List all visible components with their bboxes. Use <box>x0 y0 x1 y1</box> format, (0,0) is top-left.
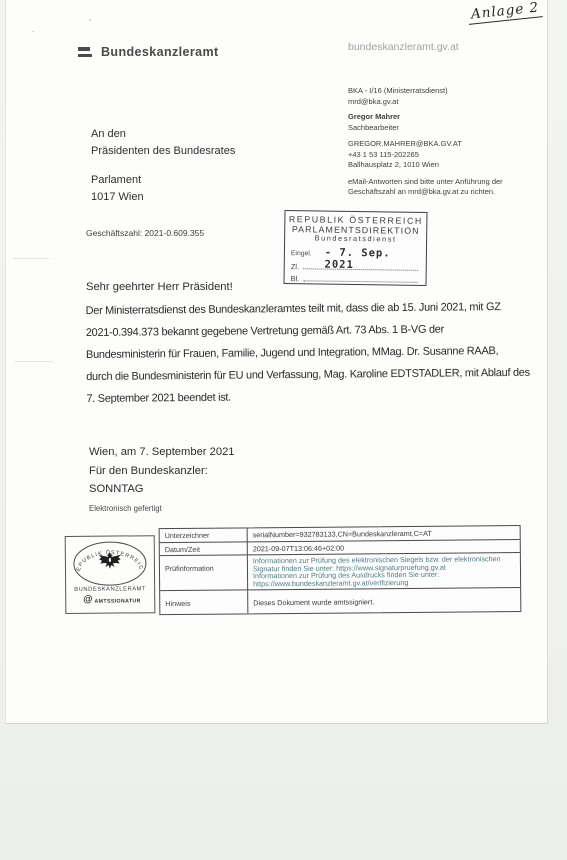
contact-name: Gregor Mahrer <box>348 112 563 123</box>
table-label-unterzeichner: Unterzeichner <box>160 528 248 543</box>
scan-speck <box>89 19 91 21</box>
stamp-received-label: Eingel. <box>291 250 312 257</box>
letter-body: Der Ministerratsdienst des Bundeskanzler… <box>85 296 546 410</box>
amtssignatur-icon: @ <box>83 595 92 604</box>
electronic-signed-note: Elektronisch gefertigt <box>89 504 162 513</box>
republic-austria-seal-icon: REPUBLIK ÖSTERREICH <box>69 538 151 587</box>
table-label-pruefinformation: Prüfinformation <box>160 555 248 591</box>
scanned-letter-canvas: { "annotation": { "note": "Anlage 2" }, … <box>0 0 567 860</box>
table-label-datum-zeit: Datum/Zeit <box>160 542 248 556</box>
svg-text:REPUBLIK ÖSTERREICH: REPUBLIK ÖSTERREICH <box>69 538 144 572</box>
body-line: Der Ministerratsdienst des Bundeskanzler… <box>85 296 545 322</box>
signer-intro: Für den Bundeskanzler: <box>89 462 235 481</box>
handwritten-annotation: Anlage 2 <box>467 0 543 25</box>
contact-unit-email: mrd@bka.gv.at <box>348 97 563 108</box>
table-value-pruefinformation: Informationen zur Prüfung des elektronis… <box>248 553 520 590</box>
body-line: 7. September 2021 beendet ist. <box>86 384 546 410</box>
recipient-line3: Parlament <box>91 172 235 189</box>
seal-org-text: BUNDESKANZLERAMT <box>66 586 154 593</box>
contact-block: BKA - I/16 (Ministerratsdienst) mrd@bka.… <box>348 86 563 204</box>
amtssignatur-area: REPUBLIK ÖSTERREICH BUNDESKANZLERAMT @ A… <box>58 525 527 619</box>
official-seal-box: REPUBLIK ÖSTERREICH BUNDESKANZLERAMT @ A… <box>65 535 156 614</box>
bka-logo-text: Bundeskanzleramt <box>101 45 219 59</box>
document-page: Anlage 2 Bundeskanzleramt bundeskanzlera… <box>5 0 548 724</box>
recipient-line4: 1017 Wien <box>91 189 235 206</box>
table-label-hinweis: Hinweis <box>160 590 248 614</box>
reference-number: Geschäftszahl: 2021-0.609.355 <box>86 228 204 238</box>
recipient-line2: Präsidenten des Bundesrates <box>91 143 235 160</box>
place-date: Wien, am 7. September 2021 <box>89 443 235 462</box>
receipt-stamp: REPUBLIK ÖSTERREICH PARLAMENTSDIREKTION … <box>283 210 427 286</box>
signature-block: Wien, am 7. September 2021 Für den Bunde… <box>89 443 235 499</box>
contact-phone: +43 1 53 115-202265 <box>348 150 563 161</box>
table-value-hinweis: Dieses Dokument wurde amtssigniert. <box>248 588 520 613</box>
recipient-line1: An den <box>91 126 235 143</box>
scan-speck <box>32 31 34 32</box>
body-line: durch die Bundesministerin für EU und Ve… <box>86 362 546 388</box>
contact-note-line1: eMail-Antworten sind bitte unter Anführu… <box>348 177 563 188</box>
bka-logo: Bundeskanzleramt <box>78 45 219 59</box>
recipient-address: An den Präsidenten des Bundesrates Parla… <box>91 126 235 206</box>
contact-address: Ballhausplatz 2, 1010 Wien <box>348 160 563 171</box>
contact-note-line2: Geschäftszahl an mrd@bka.gv.at zu richte… <box>348 187 563 198</box>
signature-verification-table: Unterzeichner serialNumber=932783133,CN=… <box>159 525 522 615</box>
bka-flag-icon <box>78 47 92 57</box>
signer-name: SONNTAG <box>89 480 235 499</box>
fold-mark <box>15 361 53 362</box>
stamp-zl-label: Zl. <box>291 262 299 271</box>
pruefinformation-line: https://www.bundeskanzleramt.gv.at/verif… <box>253 578 518 588</box>
salutation: Sehr geehrter Herr Präsident! <box>86 281 233 293</box>
stamp-bl-dotted-line <box>303 279 417 283</box>
fold-mark <box>13 258 49 259</box>
contact-email: GREGOR.MAHRER@BKA.GV.AT <box>348 139 563 150</box>
stamp-bl-label: Bl. <box>291 274 300 283</box>
amtssignatur-label: AMTSSIGNATUR <box>94 598 140 604</box>
contact-role: Sachbearbeiter <box>348 123 563 134</box>
website-text: bundeskanzleramt.gv.at <box>348 41 459 53</box>
contact-unit: BKA - I/16 (Ministerratsdienst) <box>348 86 563 97</box>
